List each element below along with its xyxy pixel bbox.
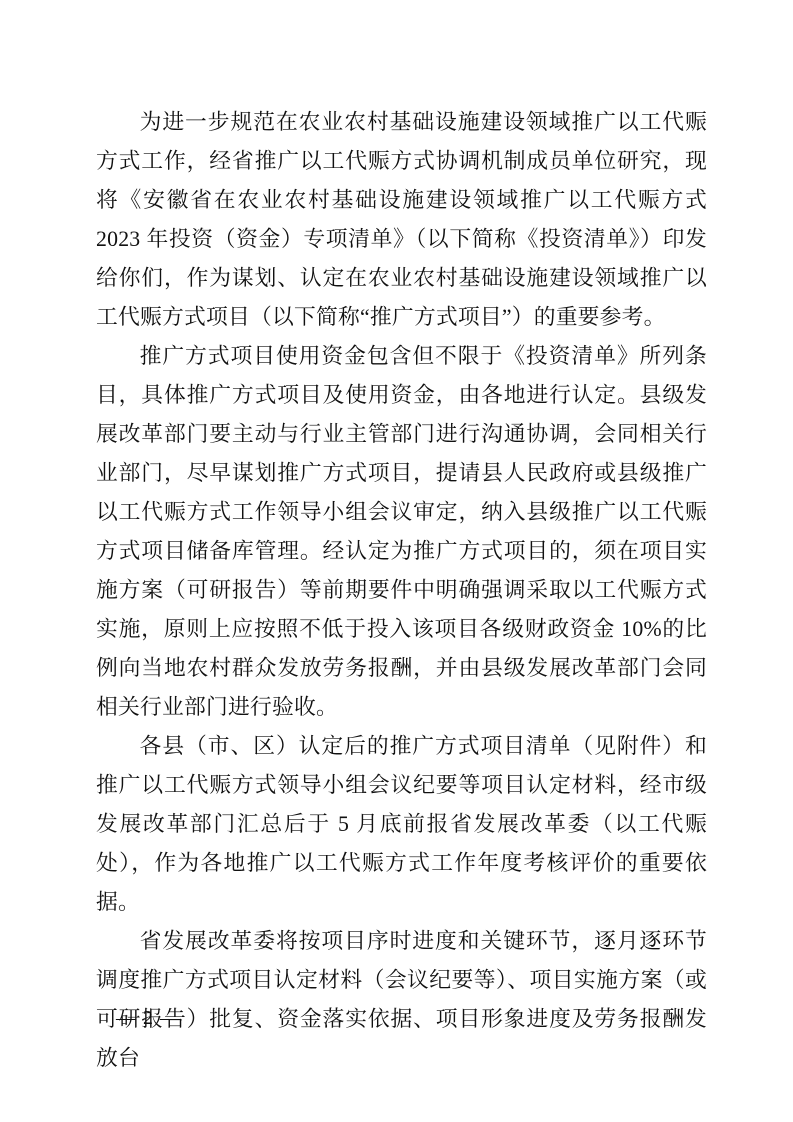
page-number: — 2 — <box>116 1005 181 1031</box>
paragraph: 各县（市、区）认定后的推广方式项目清单（见附件）和推广以工代赈方式领导小组会议纪… <box>96 727 707 922</box>
paragraph: 推广方式项目使用资金包含但不限于《投资清单》所列条目，具体推广方式项目及使用资金… <box>96 337 707 727</box>
document-page: 为进一步规范在农业农村基础设施建设领域推广以工代赈方式工作，经省推广以工代赈方式… <box>0 0 793 1122</box>
paragraph: 省发展改革委将按项目序时进度和关键环节，逐月逐环节调度推广方式项目认定材料（会议… <box>96 922 707 1078</box>
document-body: 为进一步规范在农业农村基础设施建设领域推广以工代赈方式工作，经省推广以工代赈方式… <box>96 103 707 1078</box>
paragraph: 为进一步规范在农业农村基础设施建设领域推广以工代赈方式工作，经省推广以工代赈方式… <box>96 103 707 337</box>
